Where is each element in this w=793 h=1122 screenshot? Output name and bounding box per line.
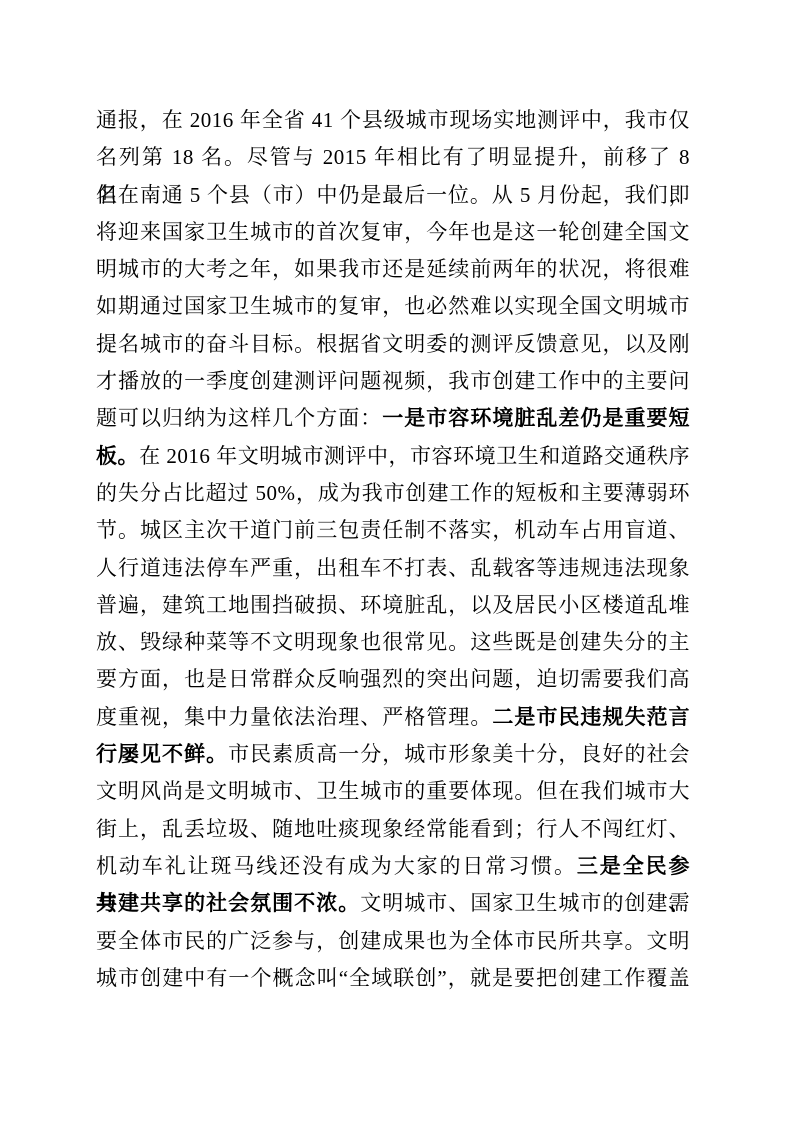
- text-segment: 街上，乱丢垃圾、随地吐痰现象经常能看到；行人不闯红灯、: [96, 817, 690, 841]
- text-segment: 普遍，建筑工地围挡破损、环境脏乱，以及居民小区楼道乱堆: [96, 593, 690, 617]
- text-line: 提名城市的奋斗目标。根据省文明委的测评反馈意见，以及刚: [96, 326, 690, 363]
- text-segment: 通报，在 2016 年全省 41 个县级城市现场实地测评中，我市仅: [96, 108, 690, 132]
- text-line: 街上，乱丢垃圾、随地吐痰现象经常能看到；行人不闯红灯、: [96, 811, 690, 848]
- text-line: 城市创建中有一个概念叫“全域联创”，就是要把创建工作覆盖: [96, 960, 690, 997]
- text-line: 名列第 18 名。尽管与 2015 年相比有了明显提升，前移了 8 名，: [96, 139, 690, 176]
- text-line: 文明风尚是文明城市、卫生城市的重要体现。但在我们城市大: [96, 773, 690, 810]
- text-segment: 在 2016 年文明城市测评中，市容环境卫生和道路交通秩序: [139, 444, 690, 468]
- text-line: 题可以归纳为这样几个方面：一是市容环境脏乱差仍是重要短: [96, 400, 690, 437]
- text-segment: 明城市的大考之年，如果我市还是延续前两年的状况，将很难: [96, 257, 690, 281]
- text-segment: 放、毁绿种菜等不文明现象也很常见。这些既是创建失分的主: [96, 630, 690, 654]
- text-line: 明城市的大考之年，如果我市还是延续前两年的状况，将很难: [96, 251, 690, 288]
- text-segment: 节。城区主次干道门前三包责任制不落实，机动车占用盲道、: [96, 518, 690, 542]
- text-line: 放、毁绿种菜等不文明现象也很常见。这些既是创建失分的主: [96, 624, 690, 661]
- text-segment-bold: 二是市民违规失范言: [492, 705, 690, 729]
- text-line: 机动车礼让斑马线还没有成为大家的日常习惯。三是全民参与、: [96, 848, 690, 885]
- document-page: 通报，在 2016 年全省 41 个县级城市现场实地测评中，我市仅 名列第 18…: [0, 0, 793, 1122]
- text-line: 板。在 2016 年文明城市测评中，市容环境卫生和道路交通秩序: [96, 438, 690, 475]
- text-segment-bold: 行屡见不鲜。: [96, 742, 228, 766]
- text-segment: 度重视，集中力量依法治理、严格管理。: [96, 705, 492, 729]
- text-line: 节。城区主次干道门前三包责任制不落实，机动车占用盲道、: [96, 512, 690, 549]
- text-segment: 机动车礼让斑马线还没有成为大家的日常习惯。: [96, 854, 577, 878]
- text-segment: 文明风尚是文明城市、卫生城市的重要体现。但在我们城市大: [96, 779, 690, 803]
- text-segment-bold: 板。: [96, 444, 139, 468]
- text-line: 行屡见不鲜。市民素质高一分，城市形象美十分，良好的社会: [96, 736, 690, 773]
- text-segment: 要全体市民的广泛参与，创建成果也为全体市民所共享。文明: [96, 929, 690, 953]
- text-block: 通报，在 2016 年全省 41 个县级城市现场实地测评中，我市仅 名列第 18…: [96, 102, 690, 997]
- text-line: 度重视，集中力量依法治理、严格管理。二是市民违规失范言: [96, 699, 690, 736]
- text-segment: 题可以归纳为这样几个方面：: [96, 406, 382, 430]
- text-line: 才播放的一季度创建测评问题视频，我市创建工作中的主要问: [96, 363, 690, 400]
- text-segment: 的失分占比超过 50%，成为我市创建工作的短板和主要薄弱环: [96, 481, 690, 505]
- text-line: 要全体市民的广泛参与，创建成果也为全体市民所共享。文明: [96, 923, 690, 960]
- text-line: 要方面，也是日常群众反响强烈的突出问题，迫切需要我们高: [96, 661, 690, 698]
- text-segment: 将迎来国家卫生城市的首次复审，今年也是这一轮创建全国文: [96, 220, 690, 244]
- text-segment-bold: 一是市容环境脏乱差仍是重要短: [382, 406, 690, 430]
- text-segment: 要方面，也是日常群众反响强烈的突出问题，迫切需要我们高: [96, 667, 690, 691]
- text-segment: 如期通过国家卫生城市的复审，也必然难以实现全国文明城市: [96, 294, 690, 318]
- text-segment: 人行道违法停车严重，出租车不打表、乱载客等违规违法现象: [96, 556, 690, 580]
- text-line: 的失分占比超过 50%，成为我市创建工作的短板和主要薄弱环: [96, 475, 690, 512]
- text-segment-bold: 共建共享的社会氛围不浓。: [96, 891, 360, 915]
- text-line: 普遍，建筑工地围挡破损、环境脏乱，以及居民小区楼道乱堆: [96, 587, 690, 624]
- text-line: 人行道违法停车严重，出租车不打表、乱载客等违规违法现象: [96, 550, 690, 587]
- text-line: 但在南通 5 个县（市）中仍是最后一位。从 5 月份起，我们即: [96, 177, 690, 214]
- text-segment: 市民素质高一分，城市形象美十分，良好的社会: [228, 742, 690, 766]
- text-line: 将迎来国家卫生城市的首次复审，今年也是这一轮创建全国文: [96, 214, 690, 251]
- text-segment: 城市创建中有一个概念叫“全域联创”，就是要把创建工作覆盖: [96, 966, 690, 990]
- text-segment: 提名城市的奋斗目标。根据省文明委的测评反馈意见，以及刚: [96, 332, 690, 356]
- text-line: 如期通过国家卫生城市的复审，也必然难以实现全国文明城市: [96, 288, 690, 325]
- text-segment: 文明城市、国家卫生城市的创建需: [360, 891, 690, 915]
- text-segment: 才播放的一季度创建测评问题视频，我市创建工作中的主要问: [96, 369, 690, 393]
- text-segment: 但在南通 5 个县（市）中仍是最后一位。从 5 月份起，我们即: [96, 183, 690, 207]
- text-line: 共建共享的社会氛围不浓。文明城市、国家卫生城市的创建需: [96, 885, 690, 922]
- text-line: 通报，在 2016 年全省 41 个县级城市现场实地测评中，我市仅: [96, 102, 690, 139]
